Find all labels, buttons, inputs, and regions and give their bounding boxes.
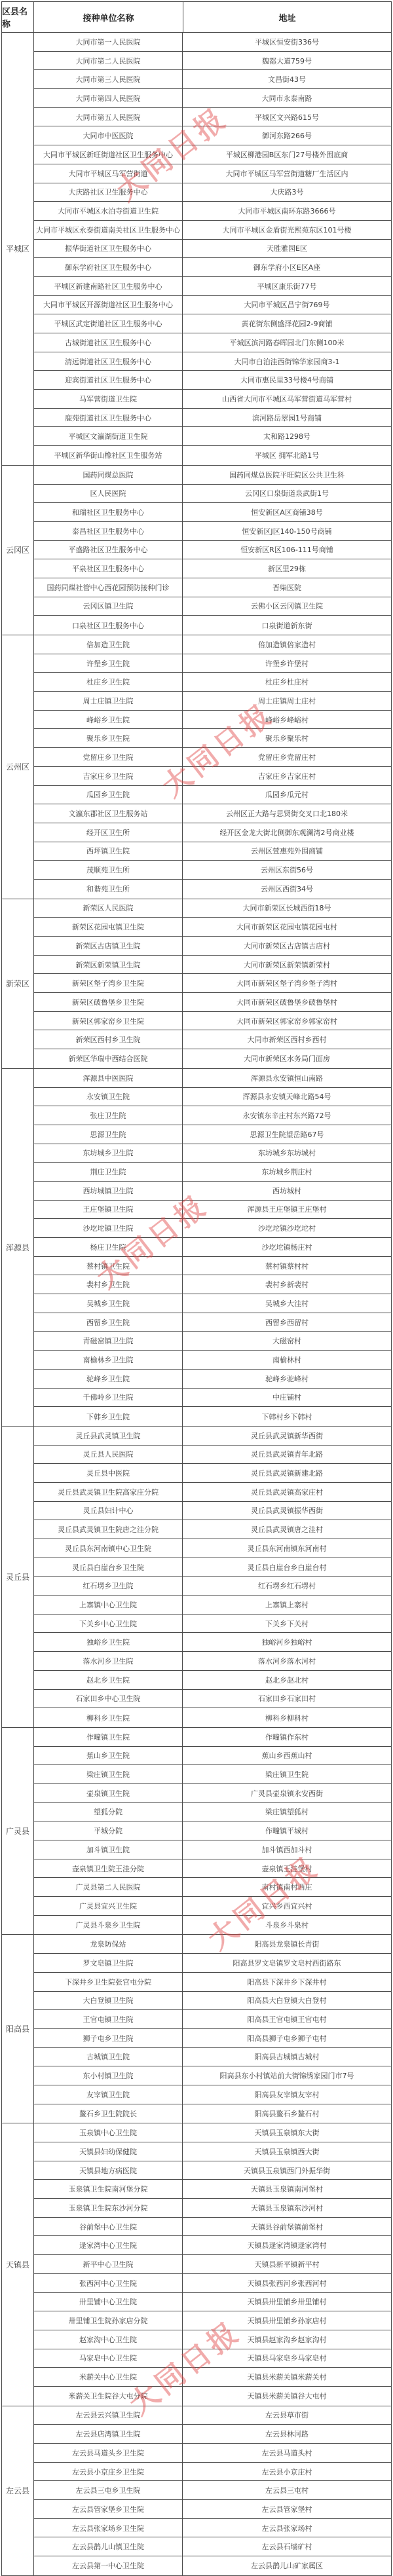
- district-section: 平城区大同市第一人民医院平城区恒安街336号大同市第二人民医院魏都大道759号大…: [2, 33, 391, 466]
- table-row: 鳌石乡卫生院院长阳高县鳌石乡鳌石村: [34, 2104, 391, 2123]
- site-name-cell: 下关乡中心卫生院: [34, 1615, 183, 1633]
- table-row: 聚乐乡卫生院聚乐乡聚乐村: [34, 729, 391, 748]
- site-address-cell: 大同市新荣区堡子湾乡堡子湾村: [183, 974, 391, 992]
- header-district-name: 区县名称: [2, 2, 34, 32]
- site-name-cell: 杨庄卫生院: [34, 1238, 183, 1256]
- site-name-cell: 上寨镇中心卫生院: [34, 1596, 183, 1614]
- table-row: 上寨镇中心卫生院上寨镇上寨村: [34, 1596, 391, 1615]
- site-name-cell: 周士庄镇卫生院: [34, 692, 183, 710]
- site-name-cell: 卅里铺卫生院孙家店分院: [34, 2311, 183, 2330]
- table-row: 马军营街道卫生院山西省大同市平城区马军营街道马军营村: [34, 390, 391, 409]
- site-name-cell: 新荣区破鲁堡乡卫生院: [34, 993, 183, 1011]
- site-name-cell: 新荣区郭家窑乡卫生院: [34, 1012, 183, 1030]
- site-address-cell: 天镇县米薪关镇谷大屯村: [183, 2387, 391, 2406]
- site-address-cell: 云冈区口泉街道泉武街1号: [183, 485, 391, 503]
- site-name-cell: 王官屯镇卫生院: [34, 2010, 183, 2028]
- table-row: 西留乡卫生院西留乡西留村: [34, 1313, 391, 1332]
- site-address-cell: 南榆林村: [183, 1351, 391, 1369]
- site-name-cell: 新荣区堡子湾乡卫生院: [34, 974, 183, 992]
- site-address-cell: 黄花街东侧盛泽花园2-9商铺: [183, 314, 391, 333]
- table-row: 大白登镇卫生院阳高县大白登镇大白登村: [34, 1992, 391, 2011]
- site-name-cell: 东小村镇卫生院: [34, 2066, 183, 2085]
- table-row: 杨庄卫生院沙圪坨镇杨庄村: [34, 1238, 391, 1257]
- table-row: 玉泉镇卫生院南河堡分院天镇县玉泉镇南河堡村: [34, 2180, 391, 2199]
- site-address-cell: 恒安新区R区106-111号商铺: [183, 541, 391, 559]
- site-name-cell: 新荣区花园屯镇卫生院: [34, 918, 183, 936]
- site-name-cell: 经开区卫生所: [34, 823, 183, 842]
- site-address-cell: 东坊城乡荆庄村: [183, 1163, 391, 1181]
- site-address-cell: 梁庄镇卫生院: [183, 1765, 391, 1783]
- table-row: 平泉社区卫生服务中心新区里29栋: [34, 559, 391, 578]
- site-name-cell: 思源卫生院: [34, 1125, 183, 1144]
- site-address-cell: 杜庄乡杜庄村: [183, 673, 391, 691]
- table-row: 新荣区西村乡卫生院大同市新荣区西村乡西村: [34, 1030, 391, 1049]
- table-row: 大同市平城区永泰街道南关社区卫生服务中心大同市平城区金盾街光熙苑东区101号楼: [34, 221, 391, 240]
- site-name-cell: 新平中心卫生院: [34, 2255, 183, 2273]
- site-name-cell: 狮子屯乡卫生院: [34, 2029, 183, 2047]
- site-address-cell: 灵丘县武灵镇唐之洼村: [183, 1520, 391, 1539]
- table-row: 区人民医院云冈区口泉街道泉武街1号: [34, 485, 391, 504]
- site-address-cell: 阳高县王官屯镇王官屯村: [183, 2010, 391, 2028]
- site-address-cell: 倍加造镇倍家造村: [183, 635, 391, 654]
- district-name-cell: 阳高县: [2, 1935, 34, 2123]
- site-address-cell: 灵丘县白崖台乡白崖台村: [183, 1558, 391, 1577]
- site-address-cell: 阳高县鳌石乡鳌石村: [183, 2104, 391, 2123]
- site-address-cell: 经开区金龙大街北侧御东观澜湾2号商业楼: [183, 823, 391, 842]
- site-name-cell: 大同市平城区永泰街道南关社区卫生服务中心: [34, 221, 183, 239]
- site-name-cell: 灵丘县武灵镇卫生院: [34, 1427, 183, 1445]
- table-row: 左云县三屯乡卫生院左云县三屯村: [34, 2481, 391, 2500]
- table-row: 峰峪乡卫生院峰峪乡峰峪村: [34, 711, 391, 730]
- table-row: 清远街道社区卫生服务中心大同市白泊洼西街锦华家园商3-1: [34, 352, 391, 371]
- site-name-cell: 口泉社区卫生服务中心: [34, 616, 183, 635]
- site-name-cell: 大同市平城区开源街道社区卫生服务中心: [34, 296, 183, 314]
- site-name-cell: 平城区新华街山橡社区卫生服务站: [34, 446, 183, 465]
- site-name-cell: 大同市第二人民医院: [34, 52, 183, 70]
- site-address-cell: 天镇县玉泉镇东沙河村: [183, 2199, 391, 2217]
- site-name-cell: 赵家沟中心卫生院: [34, 2330, 183, 2349]
- table-row: 赵北乡卫生院赵北乡赵北村: [34, 1671, 391, 1690]
- table-row: 米薪关卫生院谷大屯分院天镇县米薪关镇谷大屯村: [34, 2387, 391, 2406]
- table-row: 西坪镇卫生院云州区萱惠苑外围商铺: [34, 842, 391, 861]
- vaccination-sites-table: 区县名称 接种单位名称 地址 平城区大同市第一人民医院平城区恒安街336号大同市…: [1, 1, 392, 2576]
- site-name-cell: 千佛岭乡卫生院: [34, 1389, 183, 1407]
- table-row: 瓜园乡卫生院瓜园乡瓜元村: [34, 786, 391, 805]
- site-address-cell: 晋柴医院: [183, 578, 391, 597]
- table-row: 灵丘县武灵镇卫生院唐之洼分院灵丘县武灵镇唐之洼村: [34, 1520, 391, 1539]
- site-name-cell: 蔡村镇卫生院: [34, 1257, 183, 1275]
- site-address-cell: 新区里29栋: [183, 559, 391, 578]
- site-address-cell: 左云县张家场村: [183, 2519, 391, 2537]
- table-row: 大同市中医医院御河东路266号: [34, 126, 391, 145]
- site-name-cell: 荆庄卫生院: [34, 1163, 183, 1181]
- site-address-cell: 天镇县玉泉镇南河堡村: [183, 2180, 391, 2198]
- site-name-cell: 和谐苑卫生所: [34, 880, 183, 899]
- site-address-cell: 驼峰乡驼峰村: [183, 1370, 391, 1388]
- site-address-cell: 口泉街道新东街: [183, 616, 391, 635]
- site-name-cell: 新荣区西村乡卫生院: [34, 1030, 183, 1049]
- site-address-cell: 大同市新荣区新荣镇新荣村: [183, 956, 391, 974]
- table-row: 玉泉镇卫生院东沙河分院天镇县玉泉镇东沙河村: [34, 2199, 391, 2218]
- site-address-cell: 天镇县逯家湾镇逯家湾村: [183, 2236, 391, 2254]
- site-address-cell: 平城区康乐街77号: [183, 277, 391, 295]
- table-row: 千佛岭乡卫生院中庄铺村: [34, 1389, 391, 1408]
- district-rows: 国药同煤总医院国药同煤总医院平旺院区公共卫生科区人民医院云冈区口泉街道泉武街1号…: [34, 466, 391, 635]
- district-rows: 龙泉防保站阳高县龙泉镇长青街罗文皂镇卫生院阳高县罗文皂镇罗文皂村西街路东下深井乡…: [34, 1935, 391, 2123]
- table-row: 左云县管家堡乡卫生院左云县管家堡村: [34, 2500, 391, 2519]
- site-address-cell: 作疃镇平城村: [183, 1821, 391, 1840]
- table-row: 周士庄镇卫生院周士庄镇周士庄村: [34, 692, 391, 711]
- site-address-cell: 南村镇南村西庄: [183, 1878, 391, 1896]
- district-rows: 浑源县中医医院浑源县永安镇恒山南路永安镇卫生院浑源县永安镇天峰北路54号张庄卫生…: [34, 1069, 391, 1426]
- table-row: 平城区文瀛湖街道卫生院太和路1298号: [34, 427, 391, 446]
- table-row: 沙圪坨镇卫生院沙圪坨镇沙圪坨村: [34, 1219, 391, 1238]
- site-name-cell: 大同市第一人民医院: [34, 33, 183, 51]
- site-name-cell: 区人民医院: [34, 485, 183, 503]
- site-address-cell: 党留庄乡党留庄村: [183, 748, 391, 766]
- site-address-cell: 沙圪坨镇沙圪坨村: [183, 1219, 391, 1237]
- site-name-cell: 西坊城镇卫生院: [34, 1182, 183, 1200]
- table-row: 加斗镇卫生院加斗镇西加斗村: [34, 1840, 391, 1859]
- district-rows: 新荣区人民医院大同市新荣区长城西街18号新荣区花园屯镇卫生院大同市新荣区花园屯镇…: [34, 899, 391, 1068]
- site-address-cell: 大同市永泰南路: [183, 89, 391, 107]
- table-row: 平城分院作疃镇平城村: [34, 1821, 391, 1840]
- site-address-cell: 峰峪乡峰峪村: [183, 711, 391, 729]
- site-name-cell: 吴城乡卫生院: [34, 1294, 183, 1313]
- site-address-cell: 大同市新荣区古店镇古店村: [183, 937, 391, 955]
- district-section: 浑源县浑源县中医医院浑源县永安镇恒山南路永安镇卫生院浑源县永安镇天峰北路54号张…: [2, 1069, 391, 1427]
- district-name-cell: 云州区: [2, 635, 34, 899]
- district-name-cell: 天镇县: [2, 2123, 34, 2405]
- site-name-cell: 下深井乡卫生院张官屯分院: [34, 1973, 183, 1991]
- table-row: 古城镇卫生院阳高县古城镇古城村: [34, 2048, 391, 2067]
- site-name-cell: 新荣区古店镇卫生院: [34, 937, 183, 955]
- site-name-cell: 茂顺苑卫生所: [34, 861, 183, 879]
- table-body: 平城区大同市第一人民医院平城区恒安街336号大同市第二人民医院魏都大道759号大…: [2, 33, 391, 2575]
- table-row: 红石塄乡卫生院红石塄乡红石塄村: [34, 1577, 391, 1596]
- site-name-cell: 落水河乡卫生院: [34, 1652, 183, 1670]
- site-name-cell: 灵丘县妇计中心: [34, 1502, 183, 1520]
- site-name-cell: 广灵县宜兴卫生院: [34, 1897, 183, 1915]
- site-name-cell: 蕉山乡卫生院: [34, 1747, 183, 1765]
- table-row: 新荣区破鲁堡乡卫生院大同市新荣区破鲁堡乡破鲁堡村: [34, 993, 391, 1012]
- table-row: 蔡村镇卫生院蔡村镇蔡村村: [34, 1257, 391, 1276]
- table-row: 平城区新建南路社区卫生服务中心平城区康乐街77号: [34, 277, 391, 296]
- site-name-cell: 峰峪乡卫生院: [34, 711, 183, 729]
- table-row: 党留庄乡卫生院党留庄乡党留庄村: [34, 748, 391, 767]
- site-name-cell: 古城镇卫生院: [34, 2048, 183, 2066]
- district-name-cell: 灵丘县: [2, 1427, 34, 1727]
- table-row: 御东学府社区卫生服务中心御东学府小区E区A座: [34, 258, 391, 277]
- site-name-cell: 青磁窑镇卫生院: [34, 1332, 183, 1350]
- table-row: 左云县第一中心卫生院左云县鹊儿山矿家属区: [34, 2556, 391, 2575]
- site-address-cell: 西留乡西留村: [183, 1313, 391, 1332]
- district-section: 云州区倍加造卫生院倍加造镇倍家造村许堡乡卫生院许堡乡许堡村杜庄乡卫生院杜庄乡杜庄…: [2, 635, 391, 899]
- site-name-cell: 灵丘县人民医院: [34, 1446, 183, 1464]
- site-name-cell: 平城区新建南路社区卫生服务中心: [34, 277, 183, 295]
- table-row: 玉泉镇中心卫生院天镇县玉泉镇东大街: [34, 2123, 391, 2142]
- site-address-cell: 滨河路岳翠园1号商铺: [183, 409, 391, 427]
- table-row: 经开区卫生所经开区金龙大街北侧御东观澜湾2号商业楼: [34, 823, 391, 842]
- site-name-cell: 新荣区新荣镇卫生院: [34, 956, 183, 974]
- site-address-cell: 平城区恒安街336号: [183, 33, 391, 51]
- table-row: 西坊城镇卫生院西坊城村: [34, 1182, 391, 1201]
- site-name-cell: 大同市第三人民医院: [34, 70, 183, 88]
- site-name-cell: 逯家湾中心卫生院: [34, 2236, 183, 2254]
- site-name-cell: 西坪镇卫生院: [34, 842, 183, 861]
- district-rows: 倍加造卫生院倍加造镇倍家造村许堡乡卫生院许堡乡许堡村杜庄乡卫生院杜庄乡杜庄村周士…: [34, 635, 391, 899]
- table-row: 广灵县斗泉乡卫生院斗泉乡斗泉村: [34, 1916, 391, 1935]
- table-row: 天镇县地方病医院天镇县玉泉镇西门外振华街: [34, 2161, 391, 2180]
- site-name-cell: 党留庄乡卫生院: [34, 748, 183, 766]
- table-row: 广灵县第二人民医院南村镇南村西庄: [34, 1878, 391, 1897]
- site-address-cell: 落水河乡落水河村: [183, 1652, 391, 1670]
- site-address-cell: 山西省大同市平城区马军营街道马军营村: [183, 390, 391, 408]
- site-address-cell: 太和路1298号: [183, 427, 391, 445]
- table-row: 许堡乡卫生院许堡乡许堡村: [34, 654, 391, 673]
- table-row: 东坊城乡卫生院东坊城乡东坊城村: [34, 1144, 391, 1163]
- table-row: 新荣区郭家窑乡卫生院大同市新荣区郭家窑乡郭家窑村: [34, 1012, 391, 1031]
- site-address-cell: 加斗镇西加斗村: [183, 1840, 391, 1859]
- table-row: 大庆路社区卫生服务中心大庆路3号: [34, 183, 391, 202]
- table-header-row: 区县名称 接种单位名称 地址: [2, 2, 391, 33]
- district-rows: 灵丘县武灵镇卫生院灵丘县武灵镇新华西街灵丘县人民医院灵丘县武灵镇青年北路灵丘县中…: [34, 1427, 391, 1727]
- site-address-cell: 浑源县永安镇恒山南路: [183, 1069, 391, 1087]
- site-name-cell: 灵丘县东河南镇中心卫生院: [34, 1539, 183, 1558]
- site-address-cell: 左云县马道头村: [183, 2444, 391, 2462]
- site-name-cell: 下韩乡卫生院: [34, 1407, 183, 1426]
- table-row: 新荣区华瑞中西结合医院大同市新荣区水务局门面房: [34, 1049, 391, 1068]
- table-row: 荆庄卫生院东坊城乡荆庄村: [34, 1163, 391, 1182]
- table-row: 新荣区新荣镇卫生院大同市新荣区新荣镇新荣村: [34, 956, 391, 975]
- site-address-cell: 聚乐乡聚乐村: [183, 729, 391, 747]
- site-address-cell: 左云县鹊儿山矿家属区: [183, 2556, 391, 2575]
- table-row: 大同市平城区开源街道社区卫生服务中心大同市平城区昌宁街769号: [34, 296, 391, 315]
- table-row: 卅里铺卫生院孙家店分院天镇县卅里铺乡孙家店村: [34, 2311, 391, 2330]
- site-name-cell: 平盛路社区卫生服务中心: [34, 541, 183, 559]
- site-address-cell: 御河东路266号: [183, 126, 391, 145]
- table-row: 柳科乡卫生院柳科乡柳科村: [34, 1708, 391, 1727]
- site-name-cell: 左云县店湾镇卫生院: [34, 2425, 183, 2443]
- table-row: 文瀛东郡社区卫生服务站云州区正大路与思贤街交叉口北180米: [34, 804, 391, 823]
- site-name-cell: 和瑞社区卫生服务中心: [34, 503, 183, 521]
- site-name-cell: 左云县第一中心卫生院: [34, 2556, 183, 2575]
- table-row: 罗文皂镇卫生院阳高县罗文皂镇罗文皂村西街路东: [34, 1954, 391, 1973]
- table-row: 灵丘县白崖台乡卫生院灵丘县白崖台乡白崖台村: [34, 1558, 391, 1577]
- table-row: 永安镇卫生院浑源县永安镇天峰北路54号: [34, 1088, 391, 1107]
- site-name-cell: 玉泉镇卫生院东沙河分院: [34, 2199, 183, 2217]
- site-name-cell: 广灵县斗泉乡卫生院: [34, 1916, 183, 1935]
- table-row: 龙泉防保站阳高县龙泉镇长青街: [34, 1935, 391, 1954]
- site-name-cell: 马家皂中心卫生院: [34, 2349, 183, 2368]
- site-address-cell: 阳高县东小村镇站前大街锦绣家园门市7号: [183, 2066, 391, 2085]
- table-row: 云冈区镇卫生院云佛小区云冈镇卫生院: [34, 597, 391, 616]
- table-row: 口泉社区卫生服务中心口泉街道新东街: [34, 616, 391, 635]
- site-address-cell: 阳高县古城镇古城村: [183, 2048, 391, 2066]
- table-row: 大同市第一人民医院平城区恒安街336号: [34, 33, 391, 52]
- site-address-cell: 灵丘县武灵镇振华西街: [183, 1502, 391, 1520]
- site-address-cell: 平城区柳港园B区东门27号楼外围底商: [183, 145, 391, 164]
- site-name-cell: 柳科乡卫生院: [34, 1708, 183, 1727]
- site-address-cell: 大同市新荣区破鲁堡乡破鲁堡村: [183, 993, 391, 1011]
- site-name-cell: 文瀛东郡社区卫生服务站: [34, 804, 183, 823]
- district-name-cell: 左云县: [2, 2406, 34, 2575]
- site-address-cell: 御东学府小区E区A座: [183, 258, 391, 276]
- table-row: 鹿苑街道社区卫生服务中心滨河路岳翠园1号商铺: [34, 409, 391, 428]
- site-name-cell: 大白登镇卫生院: [34, 1992, 183, 2010]
- table-row: 张庄卫生院永安镇东辛庄村东兴路72号: [34, 1106, 391, 1125]
- site-address-cell: 天镇县卅里铺乡孙家店村: [183, 2311, 391, 2330]
- site-address-cell: 作疃镇作东村: [183, 1728, 391, 1746]
- table-row: 狮子屯乡卫生院阳高县狮子屯乡狮子屯村: [34, 2029, 391, 2048]
- district-rows: 作疃镇卫生院作疃镇作东村蕉山乡卫生院蕉山乡西蕉山村梁庄镇卫生院梁庄镇卫生院壶泉镇…: [34, 1728, 391, 1935]
- site-name-cell: 大同市平城区马军营街道: [34, 164, 183, 183]
- table-row: 左云县店湾镇卫生院左云县林河路: [34, 2425, 391, 2444]
- site-address-cell: 壶泉镇王洼堡村: [183, 1859, 391, 1878]
- site-address-cell: 天镇县赵家沟乡赵家沟村: [183, 2330, 391, 2349]
- table-row: 逯家湾中心卫生院天镇县逯家湾镇逯家湾村: [34, 2236, 391, 2255]
- site-name-cell: 大同市平城区水泊寺街道卫生院: [34, 202, 183, 220]
- site-name-cell: 灵丘县武灵镇卫生院高家庄分院: [34, 1483, 183, 1501]
- site-name-cell: 玉泉镇卫生院南河堡分院: [34, 2180, 183, 2198]
- site-name-cell: 许堡乡卫生院: [34, 654, 183, 673]
- table-row: 大同市第二人民医院魏都大道759号: [34, 52, 391, 71]
- site-address-cell: 灵丘县武灵镇新华西街: [183, 1427, 391, 1445]
- site-address-cell: 天镇县卅里铺乡卅里铺村: [183, 2293, 391, 2311]
- site-address-cell: 中庄铺村: [183, 1389, 391, 1407]
- site-address-cell: 左云县石墙矿村: [183, 2537, 391, 2556]
- site-address-cell: 灵丘县东河南镇东河南村: [183, 1539, 391, 1558]
- site-address-cell: 广灵县壶泉镇永安西街: [183, 1784, 391, 1802]
- district-name-cell: 云冈区: [2, 466, 34, 635]
- site-name-cell: 裴村乡卫生院: [34, 1275, 183, 1294]
- table-row: 裴村乡卫生院裴村乡新裴村: [34, 1275, 391, 1294]
- site-address-cell: 大同市新荣区花园屯镇花园屯村: [183, 918, 391, 936]
- site-name-cell: 云冈区镇卫生院: [34, 597, 183, 616]
- table-row: 友宰镇卫生院阳高县友宰镇友宰村: [34, 2085, 391, 2104]
- site-name-cell: 壶泉镇卫生院: [34, 1784, 183, 1802]
- site-address-cell: 恒安新区J区140-150号商铺: [183, 522, 391, 540]
- site-address-cell: 左云县三屯村: [183, 2481, 391, 2499]
- table-row: 马家皂中心卫生院天镇县马家皂乡马家皂村: [34, 2349, 391, 2368]
- site-address-cell: 永安镇东辛庄村东兴路72号: [183, 1106, 391, 1125]
- table-row: 灵丘县中医院灵丘县武灵镇新建北路: [34, 1464, 391, 1483]
- site-address-cell: 梁庄镇望狐村: [183, 1803, 391, 1821]
- site-address-cell: 上寨镇上寨村: [183, 1596, 391, 1614]
- header-site-name: 接种单位名称: [34, 2, 183, 32]
- table-row: 思源卫生院思源卫生院望岳路67号: [34, 1125, 391, 1144]
- district-section: 新荣区新荣区人民医院大同市新荣区长城西街18号新荣区花园屯镇卫生院大同市新荣区花…: [2, 899, 391, 1069]
- site-name-cell: 灵丘县武灵镇卫生院唐之洼分院: [34, 1520, 183, 1539]
- table-row: 国药同煤总医院国药同煤总医院平旺院区公共卫生科: [34, 466, 391, 485]
- table-row: 壶泉镇卫生院王洼分院壶泉镇王洼堡村: [34, 1859, 391, 1878]
- table-row: 南榆林乡卫生院南榆林村: [34, 1351, 391, 1370]
- district-section: 天镇县玉泉镇中心卫生院天镇县玉泉镇东大街天镇县妇幼保健院天镇县玉泉镇西大街天镇县…: [2, 2123, 391, 2406]
- district-section: 广灵县作疃镇卫生院作疃镇作东村蕉山乡卫生院蕉山乡西蕉山村梁庄镇卫生院梁庄镇卫生院…: [2, 1728, 391, 1935]
- site-name-cell: 龙泉防保站: [34, 1935, 183, 1953]
- table-row: 新荣区人民医院大同市新荣区长城西街18号: [34, 899, 391, 918]
- site-name-cell: 浑源县中医医院: [34, 1069, 183, 1087]
- site-name-cell: 迎宾街道社区卫生服务中心: [34, 371, 183, 389]
- table-row: 泰昌社区卫生服务中心恒安新区J区140-150号商铺: [34, 522, 391, 541]
- site-address-cell: 左云县小京庄村: [183, 2463, 391, 2481]
- site-name-cell: 左云县鹊儿山镇卫生院: [34, 2537, 183, 2556]
- site-address-cell: 大庆路3号: [183, 183, 391, 202]
- site-name-cell: 望狐分院: [34, 1803, 183, 1821]
- site-address-cell: 天镇县玉泉镇西大街: [183, 2142, 391, 2161]
- site-address-cell: 大同市新荣区郭家窑乡郭家窑村: [183, 1012, 391, 1030]
- site-name-cell: 聚乐乡卫生院: [34, 729, 183, 747]
- site-name-cell: 鳌石乡卫生院院长: [34, 2104, 183, 2123]
- site-name-cell: 天镇县地方病医院: [34, 2161, 183, 2180]
- table-row: 新荣区古店镇卫生院大同市新荣区古店镇古店村: [34, 937, 391, 956]
- site-address-cell: 云州区西街34号: [183, 880, 391, 899]
- table-row: 吴城乡卫生院吴城乡大洼村: [34, 1294, 391, 1313]
- site-address-cell: 国药同煤总医院平旺院区公共卫生科: [183, 466, 391, 484]
- table-row: 和瑞社区卫生服务中心恒安新区A区商铺38号: [34, 503, 391, 522]
- site-name-cell: 御东学府社区卫生服务中心: [34, 258, 183, 276]
- table-row: 望狐分院梁庄镇望狐村: [34, 1803, 391, 1822]
- site-address-cell: 文昌街43号: [183, 70, 391, 88]
- site-address-cell: 大同市平城区马军营街道糖厂生活区内: [183, 164, 391, 183]
- site-name-cell: 左云县马道头乡卫生院: [34, 2444, 183, 2462]
- site-address-cell: 大同市平城区南环东路3666号: [183, 202, 391, 220]
- table-row: 振华街道社区卫生服务中心天胜雅园E区: [34, 240, 391, 259]
- table-row: 作疃镇卫生院作疃镇作东村: [34, 1728, 391, 1747]
- site-address-cell: 云州区东街56号: [183, 861, 391, 879]
- site-name-cell: 泰昌社区卫生服务中心: [34, 522, 183, 540]
- site-name-cell: 左云县管家堡乡卫生院: [34, 2500, 183, 2518]
- site-name-cell: 加斗镇卫生院: [34, 1840, 183, 1859]
- site-address-cell: 西坊城村: [183, 1182, 391, 1200]
- table-row: 左云县云兴镇卫生院左云县草市街: [34, 2406, 391, 2425]
- site-address-cell: 平城区滨河路春晖园北门东侧100米: [183, 333, 391, 352]
- site-address-cell: 灵丘县武灵镇高家庄村: [183, 1483, 391, 1501]
- site-name-cell: 马军营街道卫生院: [34, 390, 183, 408]
- site-address-cell: 天镇县玉泉镇东大街: [183, 2123, 391, 2142]
- site-name-cell: 清远街道社区卫生服务中心: [34, 352, 183, 371]
- site-address-cell: 云佛小区云冈镇卫生院: [183, 597, 391, 616]
- site-name-cell: 广灵县第二人民医院: [34, 1878, 183, 1896]
- table-row: 倍加造卫生院倍加造镇倍家造村: [34, 635, 391, 654]
- site-address-cell: 沙圪坨镇杨庄村: [183, 1238, 391, 1256]
- site-address-cell: 天胜雅园E区: [183, 240, 391, 258]
- site-address-cell: 下韩村乡下韩村: [183, 1407, 391, 1426]
- site-address-cell: 瓜园乡瓜元村: [183, 786, 391, 804]
- table-row: 王庄堡镇卫生院浑源县王庄堡镇王庄堡村: [34, 1201, 391, 1220]
- site-address-cell: 云州区正大路与思贤街交叉口北180米: [183, 804, 391, 823]
- site-name-cell: 壶泉镇卫生院王洼分院: [34, 1859, 183, 1878]
- site-address-cell: 左云县管家堡村: [183, 2500, 391, 2518]
- table-row: 石家田乡中心卫生院石家田乡石家田村: [34, 1690, 391, 1709]
- table-row: 广灵县宜兴卫生院宜兴乡西宜兴村: [34, 1897, 391, 1916]
- site-address-cell: 天镇县谷前堡镇前堡村: [183, 2218, 391, 2236]
- site-address-cell: 灵丘县武灵镇青年北路: [183, 1446, 391, 1464]
- site-name-cell: 瓜园乡卫生院: [34, 786, 183, 804]
- table-row: 大同市平城区水泊寺街道卫生院大同市平城区南环东路3666号: [34, 202, 391, 221]
- site-address-cell: 吉家庄乡吉家庄村: [183, 767, 391, 785]
- site-name-cell: 灵丘县中医院: [34, 1464, 183, 1482]
- site-name-cell: 左云县三屯乡卫生院: [34, 2481, 183, 2499]
- site-name-cell: 国药同煤总医院: [34, 466, 183, 484]
- site-name-cell: 作疃镇卫生院: [34, 1728, 183, 1746]
- site-address-cell: 大同市新荣区长城西街18号: [183, 899, 391, 918]
- table-row: 新平中心卫生院天镇县新平镇新平村: [34, 2255, 391, 2274]
- site-name-cell: 东坊城乡卫生院: [34, 1144, 183, 1163]
- table-row: 大同市平城区新旺街道社区卫生服务中心平城区柳港园B区东门27号楼外围底商: [34, 145, 391, 164]
- table-row: 壶泉镇卫生院广灵县壶泉镇永安西街: [34, 1784, 391, 1803]
- site-name-cell: 天镇县妇幼保健院: [34, 2142, 183, 2161]
